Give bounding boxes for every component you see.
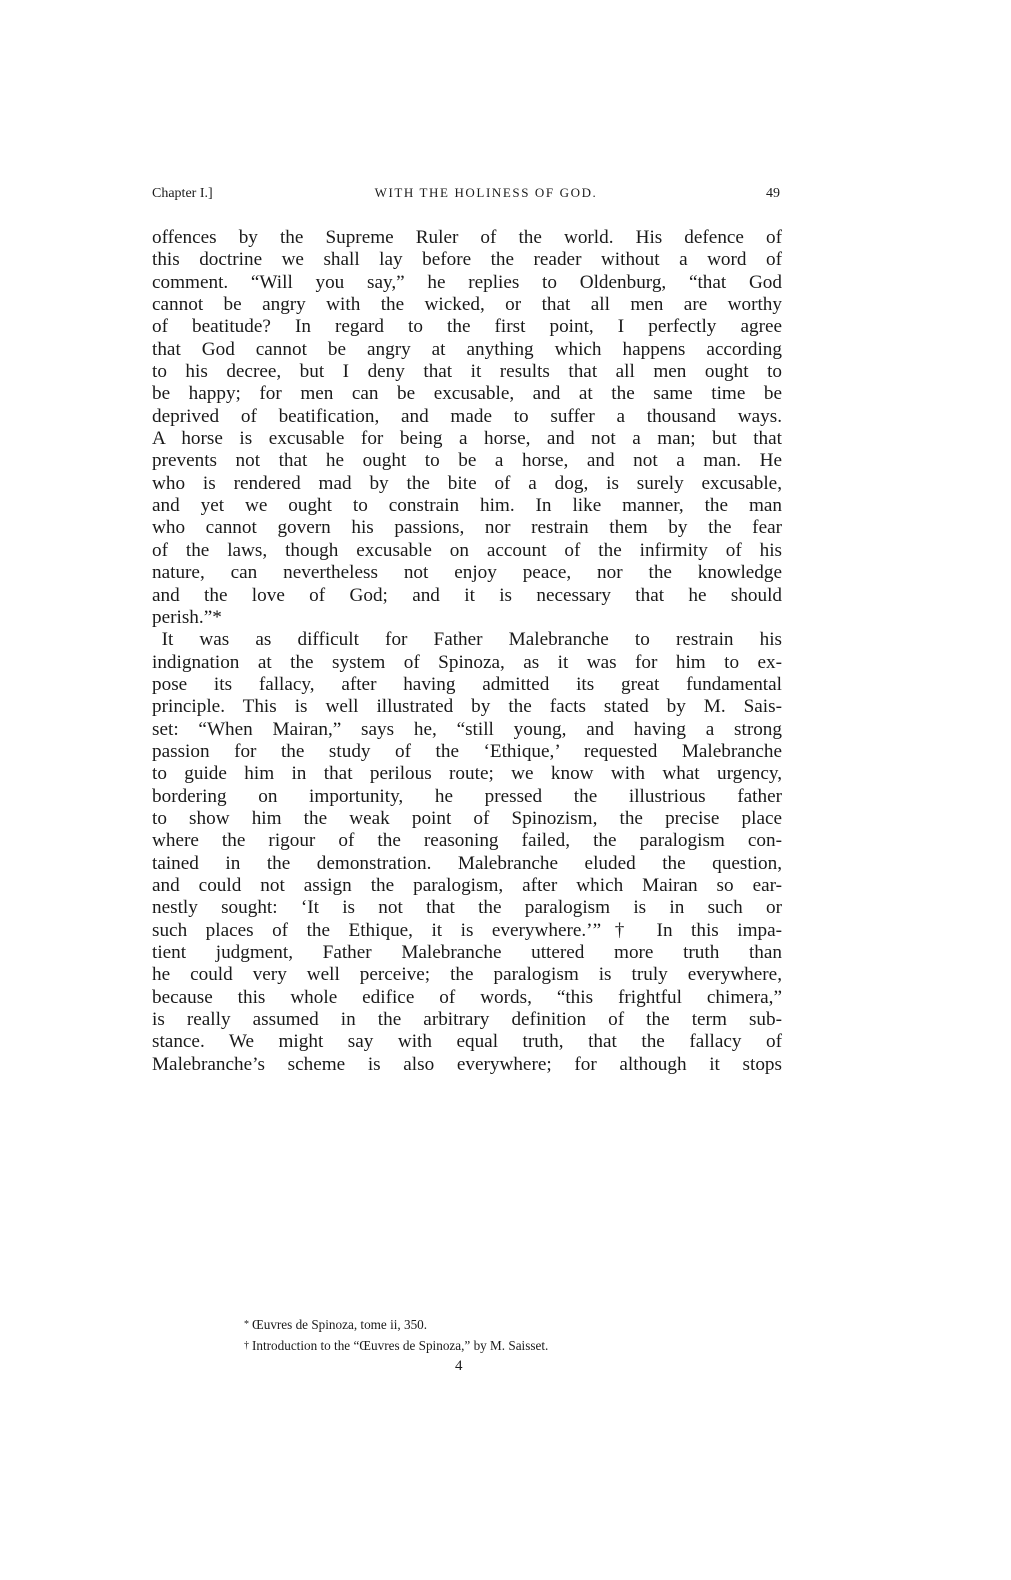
text-line: principle. This is well illustrated by t… [152,696,782,718]
text-line: that God cannot be angry at anything whi… [152,339,782,361]
text-line: to his decree, but I deny that it result… [152,361,782,383]
text-line: and the love of God; and it is necessary… [152,585,782,607]
text-line: where the rigour of the reasoning failed… [152,830,782,852]
text-line: such places of the Ethique, it is everyw… [152,920,782,942]
text-line: comment. “Will you say,” he replies to O… [152,272,782,294]
body-text: offences by the Supreme Ruler of the wor… [152,227,782,1076]
text-line: prevents not that he ought to be a horse… [152,450,782,472]
text-line: nestly sought: ‘It is not that the paral… [152,897,782,919]
text-line: passion for the study of the ‘Ethique,’ … [152,741,782,763]
text-line: to guide him in that perilous route; we … [152,763,782,785]
footnote: †Introduction to the “Œuvres de Spinoza,… [244,1335,548,1356]
text-line: cannot be angry with the wicked, or that… [152,294,782,316]
chapter-label: Chapter I.] [152,186,262,202]
text-line: nature, can nevertheless not enjoy peace… [152,562,782,584]
text-line: perish.”* [152,607,782,629]
text-line: bordering on importunity, he pressed the… [152,786,782,808]
text-line: because this whole edifice of words, “th… [152,987,782,1009]
text-line: he could very well perceive; the paralog… [152,964,782,986]
text-line: be happy; for men can be excusable, and … [152,383,782,405]
text-line: tient judgment, Father Malebranche utter… [152,942,782,964]
text-line: pose its fallacy, after having admitted … [152,674,782,696]
running-head: Chapter I.] WITH THE HOLINESS OF GOD. 49 [152,185,782,207]
text-line: is really assumed in the arbitrary defin… [152,1009,782,1031]
page-number: 49 [750,186,782,202]
text-line: to show him the weak point of Spinozism,… [152,808,782,830]
text-line: and could not assign the paralogism, aft… [152,875,782,897]
text-line: of beatitude? In regard to the first poi… [152,316,782,338]
text-line: tained in the demonstration. Malebranche… [152,853,782,875]
text-line: who is rendered mad by the bite of a dog… [152,473,782,495]
running-title: WITH THE HOLINESS OF GOD. [262,185,750,201]
text-line: offences by the Supreme Ruler of the wor… [152,227,782,249]
text-line: A horse is excusable for being a horse, … [152,428,782,450]
book-page: Chapter I.] WITH THE HOLINESS OF GOD. 49… [152,185,782,1076]
text-line: and yet we ought to constrain him. In li… [152,495,782,517]
footnote-text: Introduction to the “Œuvres de Spinoza,”… [252,1338,548,1353]
text-line: stance. We might say with equal truth, t… [152,1031,782,1053]
footnote-text: Œuvres de Spinoza, tome ii, 350. [252,1317,427,1332]
text-line: set: “When Mairan,” says he, “still youn… [152,719,782,741]
text-line: indignation at the system of Spinoza, as… [152,652,782,674]
text-line: of the laws, though excusable on account… [152,540,782,562]
text-line: Malebranche’s scheme is also everywhere;… [152,1054,782,1076]
footnote: *Œuvres de Spinoza, tome ii, 350. [244,1314,548,1335]
printer-signature: 4 [455,1358,463,1375]
footnote-mark: † [244,1340,249,1351]
text-line: who cannot govern his passions, nor rest… [152,517,782,539]
footnotes: *Œuvres de Spinoza, tome ii, 350. †Intro… [244,1314,548,1356]
text-line: deprived of beatification, and made to s… [152,406,782,428]
footnote-mark: * [244,1319,249,1330]
text-line: this doctrine we shall lay before the re… [152,249,782,271]
text-line: It was as difficult for Father Malebranc… [152,629,782,651]
